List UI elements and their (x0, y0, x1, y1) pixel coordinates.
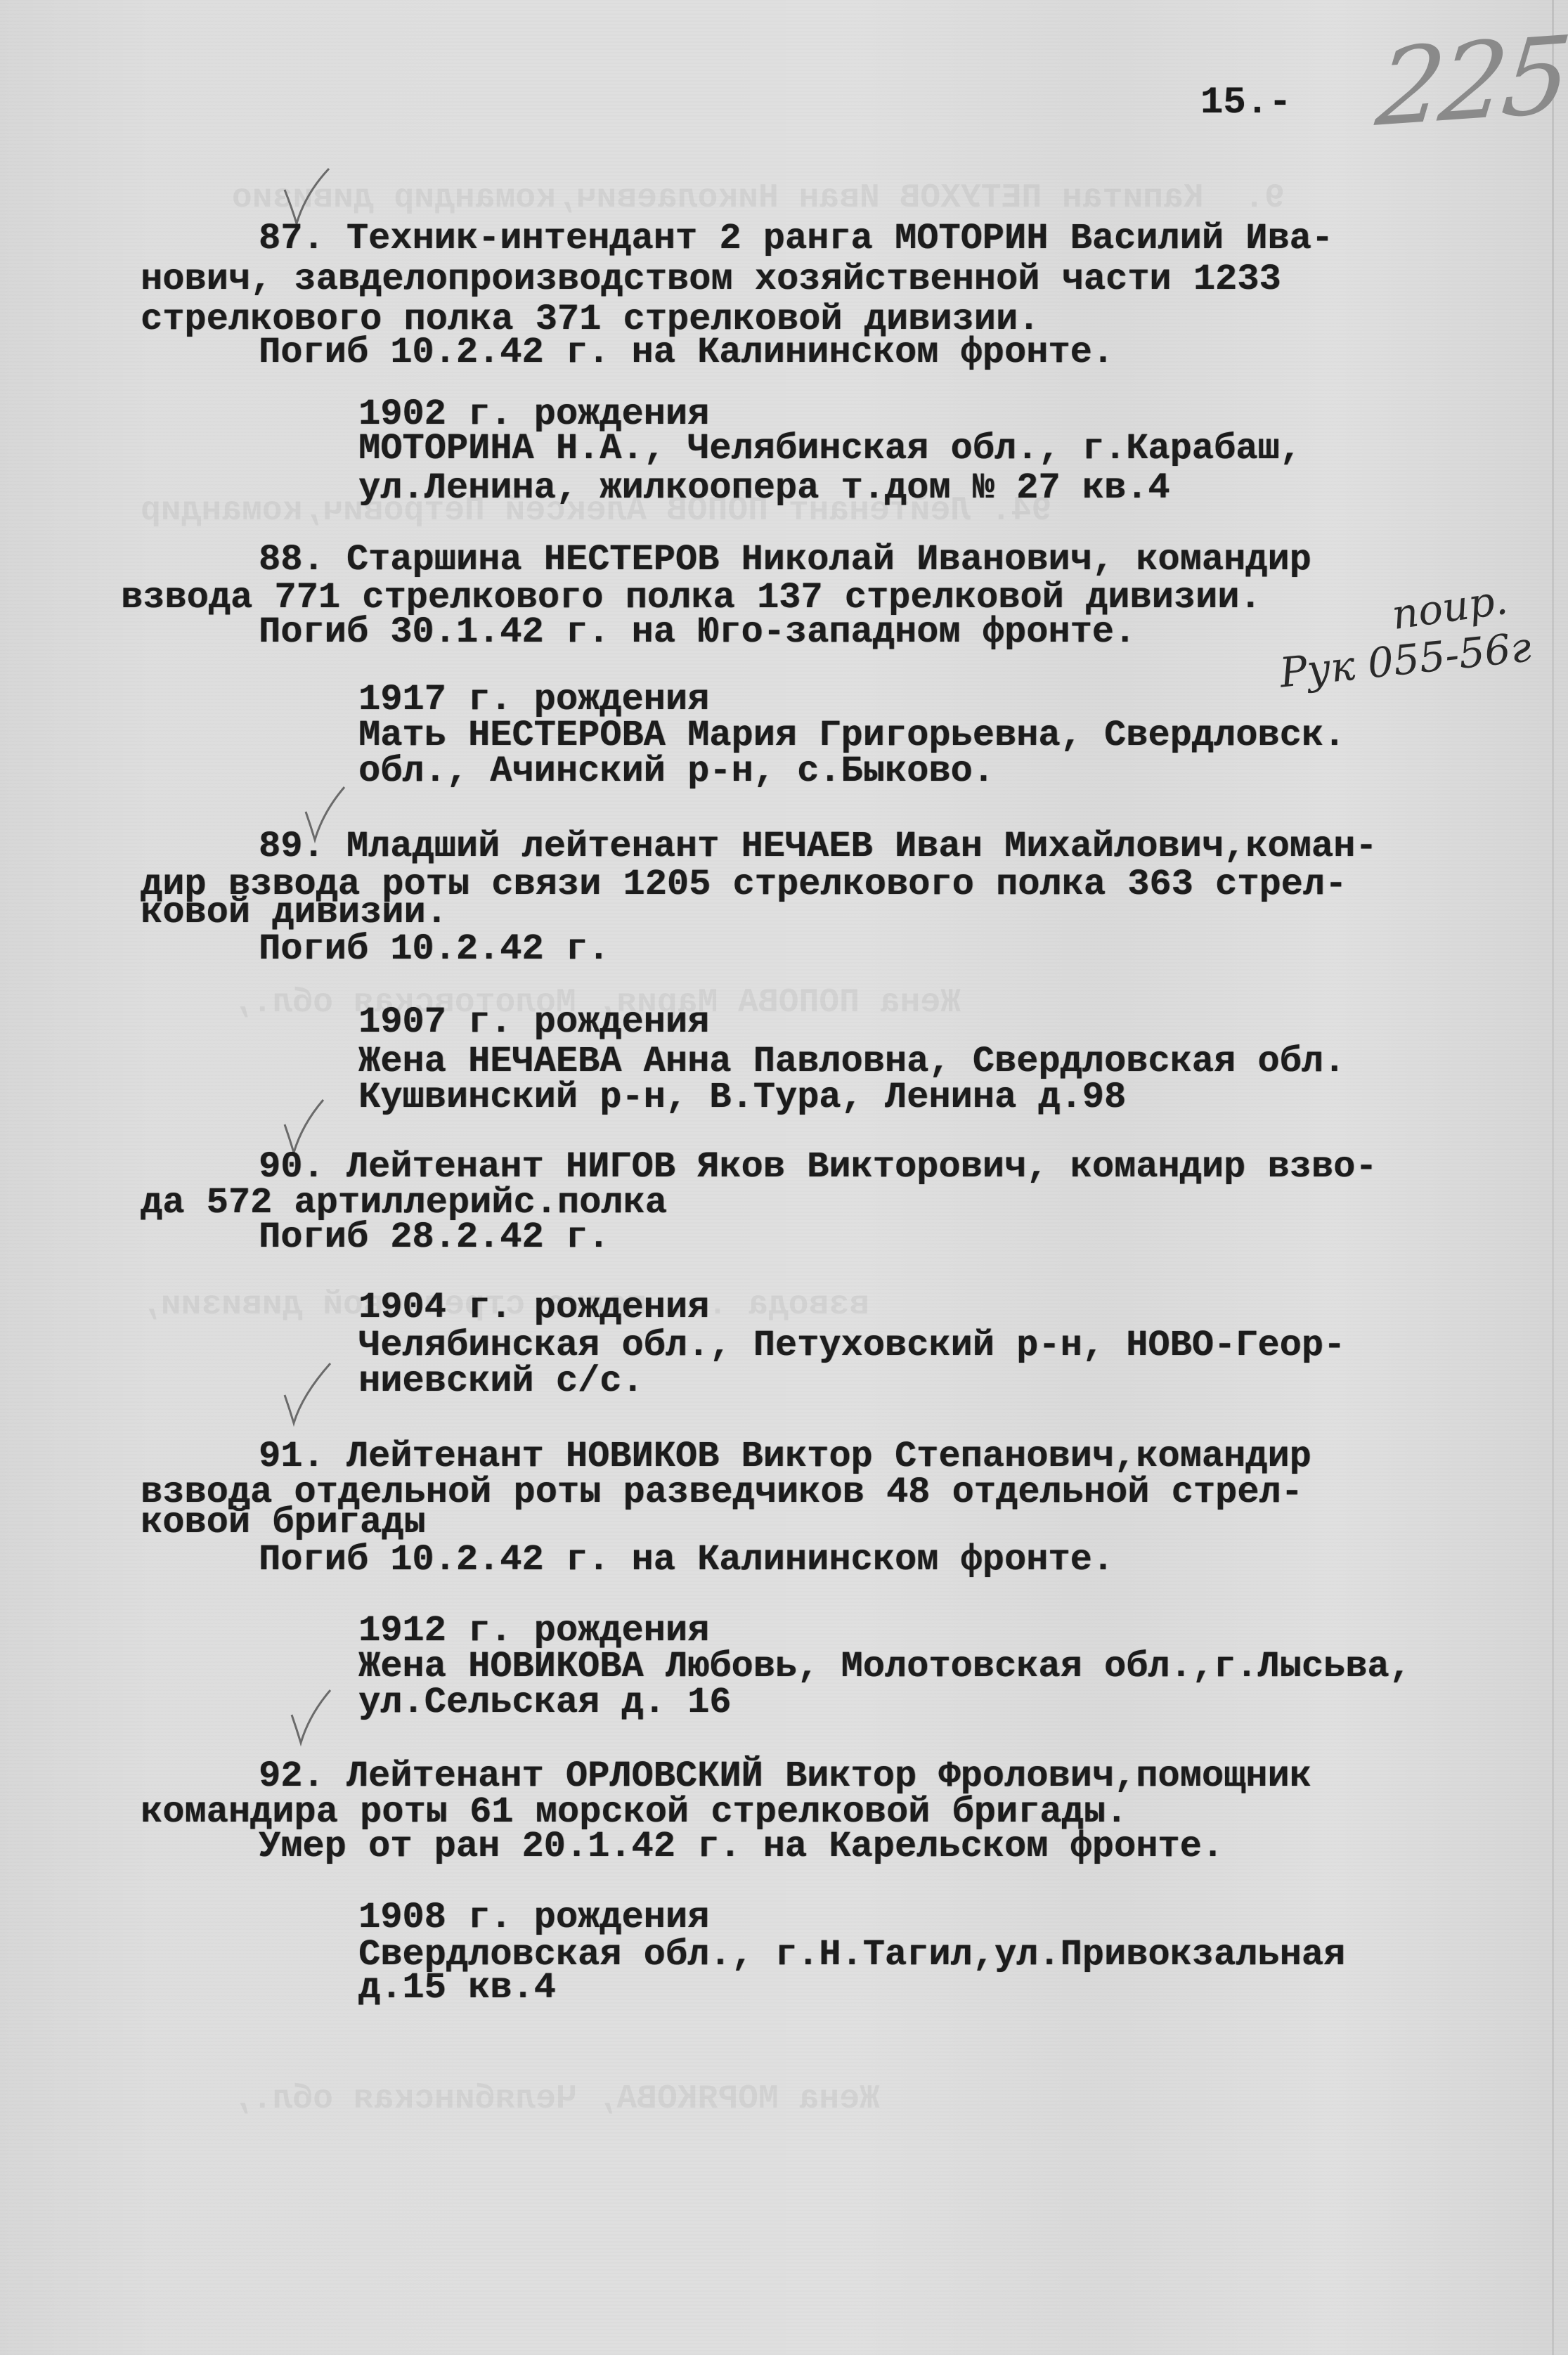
checkmark-icon (281, 1096, 330, 1153)
birth-year: 1912 г. рождения (358, 1611, 709, 1651)
page-edge (1552, 0, 1554, 2355)
relative-line: ул.Сельская д. 16 (358, 1683, 732, 1723)
entry-line: нович, завделопроизводством хозяйственно… (141, 260, 1281, 299)
entry-first-line: 89. Младший лейтенант НЕЧАЕВ Иван Михайл… (259, 827, 1377, 867)
entry-first-line: 87. Техник-интендант 2 ранга МОТОРИН Вас… (259, 219, 1333, 259)
entry-first-line: 90. Лейтенант НИГОВ Яков Викторович, ком… (259, 1148, 1377, 1187)
death-line: Погиб 10.2.42 г. (259, 930, 609, 969)
entry-number: 87. (259, 218, 325, 259)
birth-year: 1917 г. рождения (358, 680, 709, 720)
relative-line: Мать НЕСТЕРОВА Мария Григорьевна, Свердл… (358, 716, 1345, 755)
relative-line: ниевский с/с. (358, 1362, 644, 1401)
relative-line: МОТОРИНА Н.А., Челябинская обл., г.Караб… (358, 429, 1302, 469)
birth-year: 1904 г. рождения (358, 1288, 709, 1328)
entry-first-line: 92. Лейтенант ОРЛОВСКИЙ Виктор Фролович,… (259, 1757, 1311, 1796)
death-line: Погиб 28.2.42 г. (259, 1218, 609, 1257)
relative-line: Жена НЕЧАЕВА Анна Павловна, Свердловская… (358, 1042, 1345, 1082)
entry-line: ковой бригады (141, 1503, 426, 1543)
checkmark-icon (281, 1367, 330, 1423)
entry-first-line: 88. Старшина НЕСТЕРОВ Николай Иванович, … (259, 540, 1311, 580)
entry-line: ковой дивизии. (141, 893, 448, 933)
entry-first-line: 91. Лейтенант НОВИКОВ Виктор Степанович,… (259, 1437, 1311, 1477)
page-number: 15.- (1200, 82, 1292, 124)
relative-line: Кушвинский р-н, В.Тура, Ленина д.98 (358, 1078, 1126, 1117)
death-line: Погиб 10.2.42 г. на Калининском фронте. (259, 1540, 1114, 1580)
birth-year: 1907 г. рождения (358, 1003, 709, 1042)
relative-line: Челябинская обл., Петуховский р-н, НОВО-… (358, 1326, 1345, 1365)
relative-line: д.15 кв.4 (358, 1968, 556, 2008)
entry-number: 89. (259, 826, 325, 867)
checkmark-icon (288, 1687, 337, 1743)
birth-year: 1908 г. рождения (358, 1898, 709, 1938)
death-line: Погиб 30.1.42 г. на Юго-западном фронте. (259, 613, 1136, 652)
entry-number: 88. (259, 539, 325, 580)
relative-line: ул.Ленина, жилкоопера т.дом № 27 кв.4 (358, 469, 1170, 508)
handwritten-folio-number: 225 (1371, 14, 1568, 150)
relative-line: обл., Ачинский р-н, с.Быково. (358, 752, 994, 791)
checkmark-icon (281, 169, 330, 225)
death-line: Погиб 10.2.42 г. на Калининском фронте. (259, 333, 1114, 372)
death-line: Умер от ран 20.1.42 г. на Карельском фро… (259, 1827, 1224, 1867)
relative-line: Жена НОВИКОВА Любовь, Молотовская обл.,г… (358, 1647, 1411, 1687)
